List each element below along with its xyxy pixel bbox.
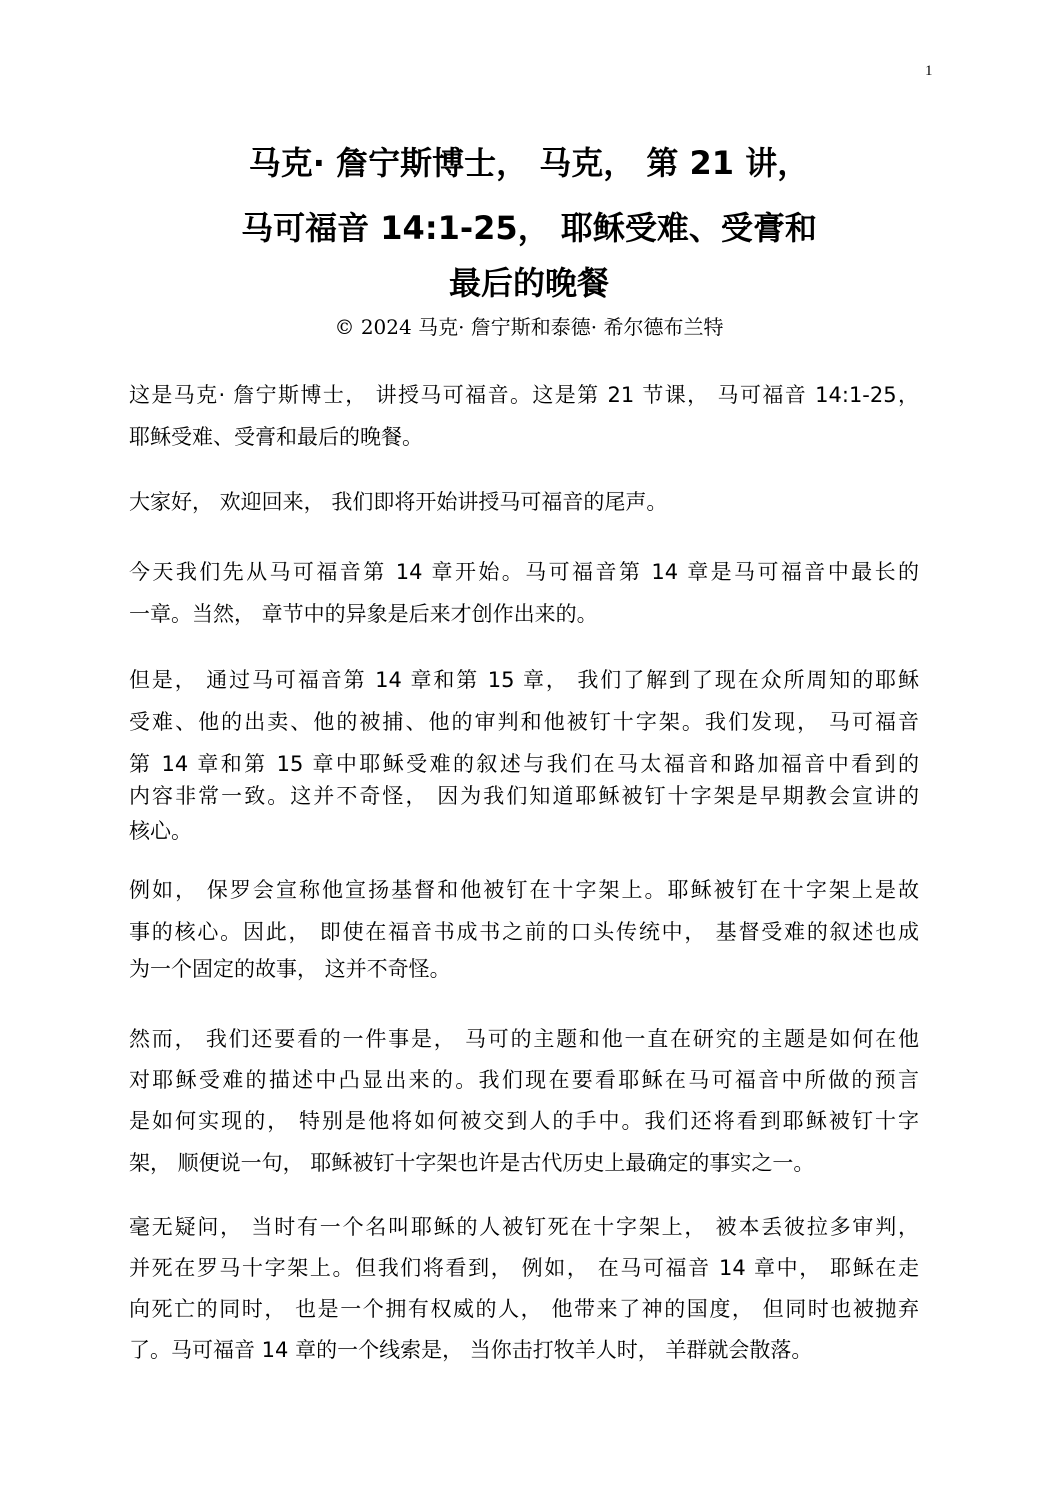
paragraph-line: 这是马克· 詹宁斯博士， 讲授马可福音。这是第 21 节课， 马可福音 14:1… (129, 380, 919, 410)
title-line-2: 马可福音 14:1-25， 耶稣受难、受膏和 (0, 208, 1058, 248)
paragraph-line: 受难、他的出卖、他的被捕、他的审判和他被钉十字架。我们发现， 马可福音 (129, 707, 919, 737)
title-line-1: 马克· 詹宁斯博士， 马克， 第 21 讲， (0, 143, 1058, 183)
paragraph-line: 一章。当然， 章节中的异象是后来才创作出来的。 (129, 599, 919, 629)
paragraph-line: 为一个固定的故事， 这并不奇怪。 (129, 954, 919, 984)
paragraph-line: 今天我们先从马可福音第 14 章开始。马可福音第 14 章是马可福音中最长的 (129, 557, 919, 587)
paragraph-line: 了。马可福音 14 章的一个线索是， 当你击打牧羊人时， 羊群就会散落。 (129, 1335, 919, 1365)
paragraph-line: 内容非常一致。这并不奇怪， 因为我们知道耶稣被钉十字架是早期教会宣讲的 (129, 781, 919, 811)
paragraph-line: 第 14 章和第 15 章中耶稣受难的叙述与我们在马太福音和路加福音中看到的 (129, 749, 919, 779)
paragraph-line: 架， 顺便说一句， 耶稣被钉十字架也许是古代历史上最确定的事实之一。 (129, 1148, 919, 1178)
page-number: 1 (925, 63, 933, 80)
document-page: 1 马克· 詹宁斯博士， 马克， 第 21 讲， 马可福音 14:1-25， 耶… (0, 0, 1058, 1497)
paragraph-line: 例如， 保罗会宣称他宣扬基督和他被钉在十字架上。耶稣被钉在十字架上是故 (129, 875, 919, 905)
paragraph-line: 并死在罗马十字架上。但我们将看到， 例如， 在马可福音 14 章中， 耶稣在走 (129, 1253, 919, 1283)
paragraph-line: 核心。 (129, 816, 919, 846)
paragraph-line: 对耶稣受难的描述中凸显出来的。我们现在要看耶稣在马可福音中所做的预言 (129, 1065, 919, 1095)
paragraph-line: 毫无疑问， 当时有一个名叫耶稣的人被钉死在十字架上， 被本丢彼拉多审判， (129, 1212, 919, 1242)
paragraph-line: 是如何实现的， 特别是他将如何被交到人的手中。我们还将看到耶稣被钉十字 (129, 1106, 919, 1136)
title-line-3: 最后的晚餐 (0, 263, 1058, 303)
paragraph-line: 向死亡的同时， 也是一个拥有权威的人， 他带来了神的国度， 但同时也被抛弃 (129, 1294, 919, 1324)
paragraph-line: 耶稣受难、受膏和最后的晚餐。 (129, 422, 919, 452)
paragraph-line: 事的核心。因此， 即使在福音书成书之前的口头传统中， 基督受难的叙述也成 (129, 917, 919, 947)
paragraph-line: 大家好， 欢迎回来， 我们即将开始讲授马可福音的尾声。 (129, 487, 919, 517)
copyright-notice: © 2024 马克· 詹宁斯和泰德· 希尔德布兰特 (0, 313, 1058, 341)
paragraph-line: 然而， 我们还要看的一件事是， 马可的主题和他一直在研究的主题是如何在他 (129, 1024, 919, 1054)
paragraph-line: 但是， 通过马可福音第 14 章和第 15 章， 我们了解到了现在众所周知的耶稣 (129, 665, 919, 695)
